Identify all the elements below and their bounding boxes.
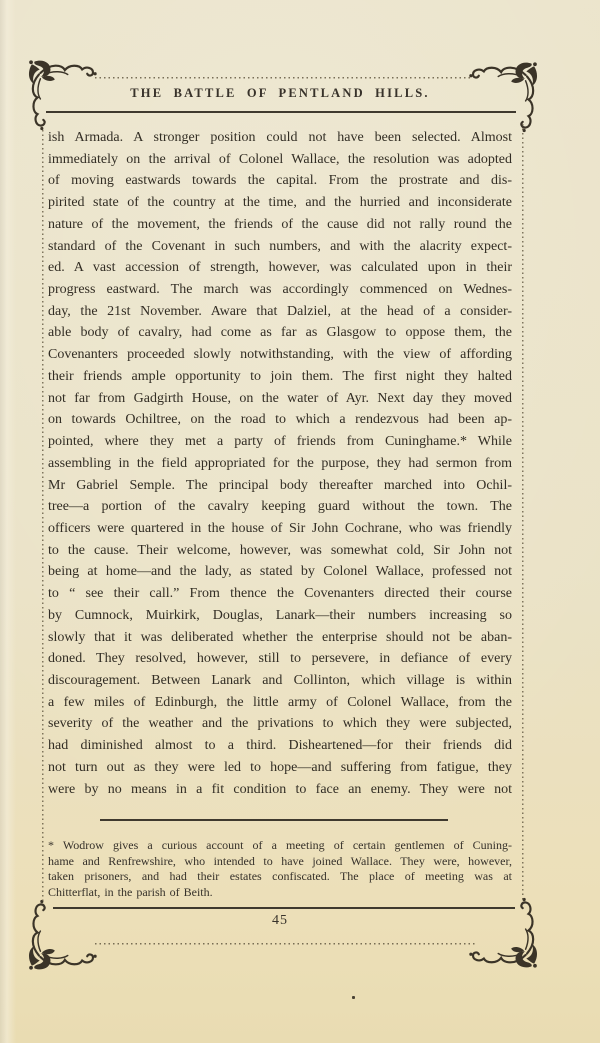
footnote-line: hame and Renfrewshire, who intended to h…	[48, 854, 512, 870]
body-line: a few miles of Edinburgh, the little arm…	[48, 692, 512, 714]
body-line: Covenanters proceeded slowly notwithstan…	[48, 344, 512, 366]
body-line: day, the 21st November. Aware that Dalzi…	[48, 301, 512, 323]
scanned-book-page: THE BATTLE OF PENTLAND HILLS. ish Armada…	[0, 0, 600, 1043]
page-number: 45	[48, 913, 512, 929]
left-dotted-border	[42, 130, 44, 902]
body-line: pointed, where they met a party of frien…	[48, 431, 512, 453]
body-line: to “ see their call.” From thence the Co…	[48, 583, 512, 605]
footnote-separator-rule	[100, 819, 448, 821]
body-line: not turn out as they were led to hope—an…	[48, 757, 512, 779]
body-line: their friends ample opportunity to join …	[48, 366, 512, 388]
body-line: of moving eastwards towards the capital.…	[48, 170, 512, 192]
footnote-line: Chitterflat, in the parish of Beith.	[48, 885, 512, 901]
body-line: on towards Ochiltree, on the road to whi…	[48, 409, 512, 431]
body-line: tree—a portion of the cavalry keeping gu…	[48, 496, 512, 518]
body-line: discouragement. Between Lanark and Colli…	[48, 670, 512, 692]
body-line: being at home—and the lady, as stated by…	[48, 561, 512, 583]
body-line: Mr Gabriel Semple. The principal body th…	[48, 475, 512, 497]
body-line: by Cumnock, Muirkirk, Douglas, Lanark—th…	[48, 605, 512, 627]
running-header: THE BATTLE OF PENTLAND HILLS.	[48, 86, 512, 101]
body-line: immediately on the arrival of Colonel Wa…	[48, 149, 512, 171]
corner-flourish-icon-bottom-right	[468, 894, 540, 972]
footer-rule	[53, 907, 515, 909]
body-line: ed. A vast accession of strength, howeve…	[48, 257, 512, 279]
body-line: slowly that it was deliberated whether t…	[48, 627, 512, 649]
footnote-text: * Wodrow gives a curious account of a me…	[48, 838, 512, 900]
body-line: nature of the movement, the friends of t…	[48, 214, 512, 236]
body-line: to the cause. Their welcome, however, wa…	[48, 540, 512, 562]
body-line: able body of cavalry, had come as far as…	[48, 322, 512, 344]
ink-speck	[352, 996, 355, 999]
body-line: were by no means in a fit condition to f…	[48, 779, 512, 801]
body-line: doned. They resolved, however, still to …	[48, 648, 512, 670]
bottom-dotted-border	[95, 943, 477, 945]
footnote-line: taken prisoners, and had their estates c…	[48, 869, 512, 885]
header-rule	[46, 111, 516, 113]
body-line: ish Armada. A stronger position could no…	[48, 127, 512, 149]
body-line: pirited state of the country at the time…	[48, 192, 512, 214]
body-line: officers were quartered in the house of …	[48, 518, 512, 540]
top-dotted-border	[95, 77, 471, 79]
body-line: assembling in the field appropriated for…	[48, 453, 512, 475]
body-line: severity of the weather and the privatio…	[48, 713, 512, 735]
body-line: standard of the Covenant in such numbers…	[48, 236, 512, 258]
body-text: ish Armada. A stronger position could no…	[48, 127, 512, 800]
body-line: progress eastward. The march was accordi…	[48, 279, 512, 301]
body-line: not far from Gadgirth House, on the wate…	[48, 388, 512, 410]
footnote-line: * Wodrow gives a curious account of a me…	[48, 838, 512, 854]
right-dotted-border	[522, 124, 524, 900]
body-line: had diminished almost to a third. Dishea…	[48, 735, 512, 757]
